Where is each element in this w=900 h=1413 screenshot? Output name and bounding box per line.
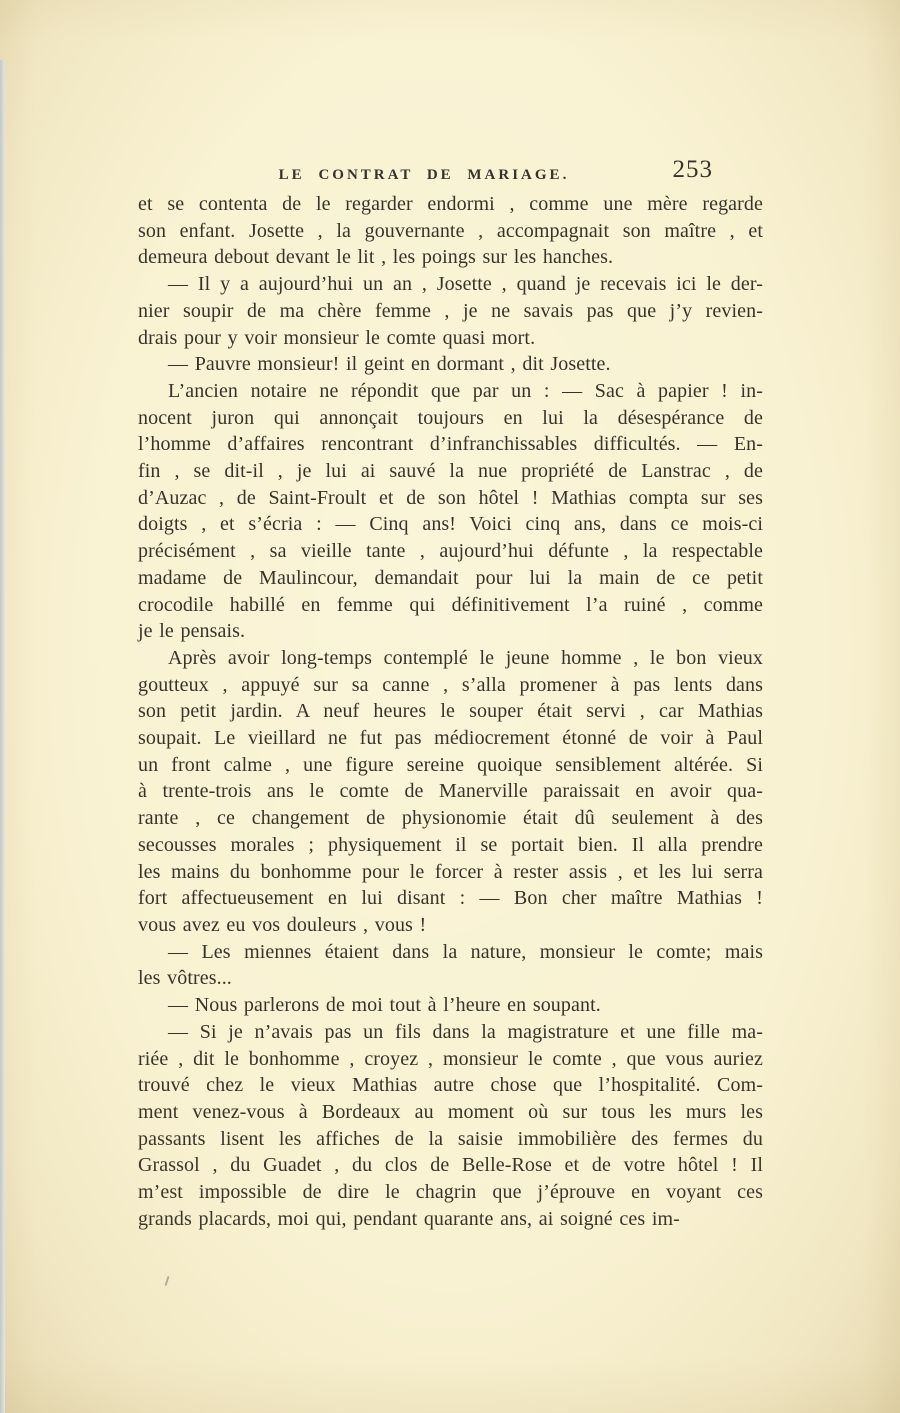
text-line: son enfant. Josette , la gouvernante , a… bbox=[138, 218, 763, 245]
body-text: et se contenta de le regarder endormi , … bbox=[138, 191, 763, 1232]
paragraph: L’ancien notaire ne répondit que par un … bbox=[138, 378, 763, 645]
running-title: LE CONTRAT DE MARIAGE. bbox=[279, 167, 570, 184]
text-line: — Nous parlerons de moi tout à l’heure e… bbox=[138, 992, 763, 1019]
text-line: crocodile habillé en femme qui définitiv… bbox=[138, 592, 763, 619]
text-line: fort affectueusement en lui disant : — B… bbox=[138, 885, 763, 912]
paragraph: — Pauvre monsieur! il geint en dormant ,… bbox=[138, 351, 763, 378]
text-line: soupait. Le vieillard ne fut pas médiocr… bbox=[138, 725, 763, 752]
text-line: un front calme , une figure sereine quoi… bbox=[138, 752, 763, 779]
text-line: madame de Maulincour, demandait pour lui… bbox=[138, 565, 763, 592]
text-line: Après avoir long-temps contemplé le jeun… bbox=[138, 645, 763, 672]
text-line: demeura debout devant le lit , les poing… bbox=[138, 244, 763, 271]
text-line: d’Auzac , de Saint-Froult et de son hôte… bbox=[138, 485, 763, 512]
text-line: rante , ce changement de physionomie éta… bbox=[138, 805, 763, 832]
text-line: je le pensais. bbox=[138, 618, 763, 645]
text-line: nier soupir de ma chère femme , je ne sa… bbox=[138, 298, 763, 325]
paragraph: — Il y a aujourd’hui un an , Josette , q… bbox=[138, 271, 763, 351]
text-line: nocent juron qui annonçait toujours en l… bbox=[138, 405, 763, 432]
text-line: passants lisent les affiches de la saisi… bbox=[138, 1126, 763, 1153]
text-line: — Si je n’avais pas un fils dans la magi… bbox=[138, 1019, 763, 1046]
text-line: précisément , sa vieille tante , aujourd… bbox=[138, 538, 763, 565]
text-line: — Les miennes étaient dans la nature, mo… bbox=[138, 939, 763, 966]
text-line: son petit jardin. A neuf heures le soupe… bbox=[138, 698, 763, 725]
scan-speck-mark bbox=[165, 1276, 170, 1286]
scanner-edge-strip bbox=[0, 60, 5, 1413]
paragraph: et se contenta de le regarder endormi , … bbox=[138, 191, 763, 271]
text-line: vous avez eu vos douleurs , vous ! bbox=[138, 912, 763, 939]
text-line: — Pauvre monsieur! il geint en dormant ,… bbox=[138, 351, 763, 378]
text-line: doigts , et s’écria : — Cinq ans! Voici … bbox=[138, 511, 763, 538]
text-line: l’homme d’affaires rencontrant d’infranc… bbox=[138, 431, 763, 458]
text-line: — Il y a aujourd’hui un an , Josette , q… bbox=[138, 271, 763, 298]
text-line: m’est impossible de dire le chagrin que … bbox=[138, 1179, 763, 1206]
text-line: drais pour y voir monsieur le comte quas… bbox=[138, 325, 763, 352]
running-header: LE CONTRAT DE MARIAGE. 253 bbox=[138, 158, 763, 194]
paragraph: — Nous parlerons de moi tout à l’heure e… bbox=[138, 992, 763, 1019]
text-line: à trente-trois ans le comte de Manervill… bbox=[138, 778, 763, 805]
book-page: LE CONTRAT DE MARIAGE. 253 et se content… bbox=[0, 0, 900, 1413]
text-line: secousses morales ; physiquement il se p… bbox=[138, 832, 763, 859]
text-line: et se contenta de le regarder endormi , … bbox=[138, 191, 763, 218]
paragraph: — Si je n’avais pas un fils dans la magi… bbox=[138, 1019, 763, 1233]
text-line: grands placards, moi qui, pendant quaran… bbox=[138, 1206, 763, 1233]
text-line: goutteux , appuyé sur sa canne , s’alla … bbox=[138, 672, 763, 699]
text-line: ment venez-vous à Bordeaux au moment où … bbox=[138, 1099, 763, 1126]
paragraph: — Les miennes étaient dans la nature, mo… bbox=[138, 939, 763, 992]
text-line: fin , se dit-il , je lui ai sauvé la nue… bbox=[138, 458, 763, 485]
text-line: Grassol , du Guadet , du clos de Belle-R… bbox=[138, 1152, 763, 1179]
text-line: riée , dit le bonhomme , croyez , monsie… bbox=[138, 1046, 763, 1073]
text-line: L’ancien notaire ne répondit que par un … bbox=[138, 378, 763, 405]
page-number: 253 bbox=[673, 156, 714, 184]
text-line: les mains du bonhomme pour le forcer à r… bbox=[138, 859, 763, 886]
paragraph: Après avoir long-temps contemplé le jeun… bbox=[138, 645, 763, 939]
text-line: les vôtres... bbox=[138, 965, 763, 992]
text-line: trouvé chez le vieux Mathias autre chose… bbox=[138, 1072, 763, 1099]
